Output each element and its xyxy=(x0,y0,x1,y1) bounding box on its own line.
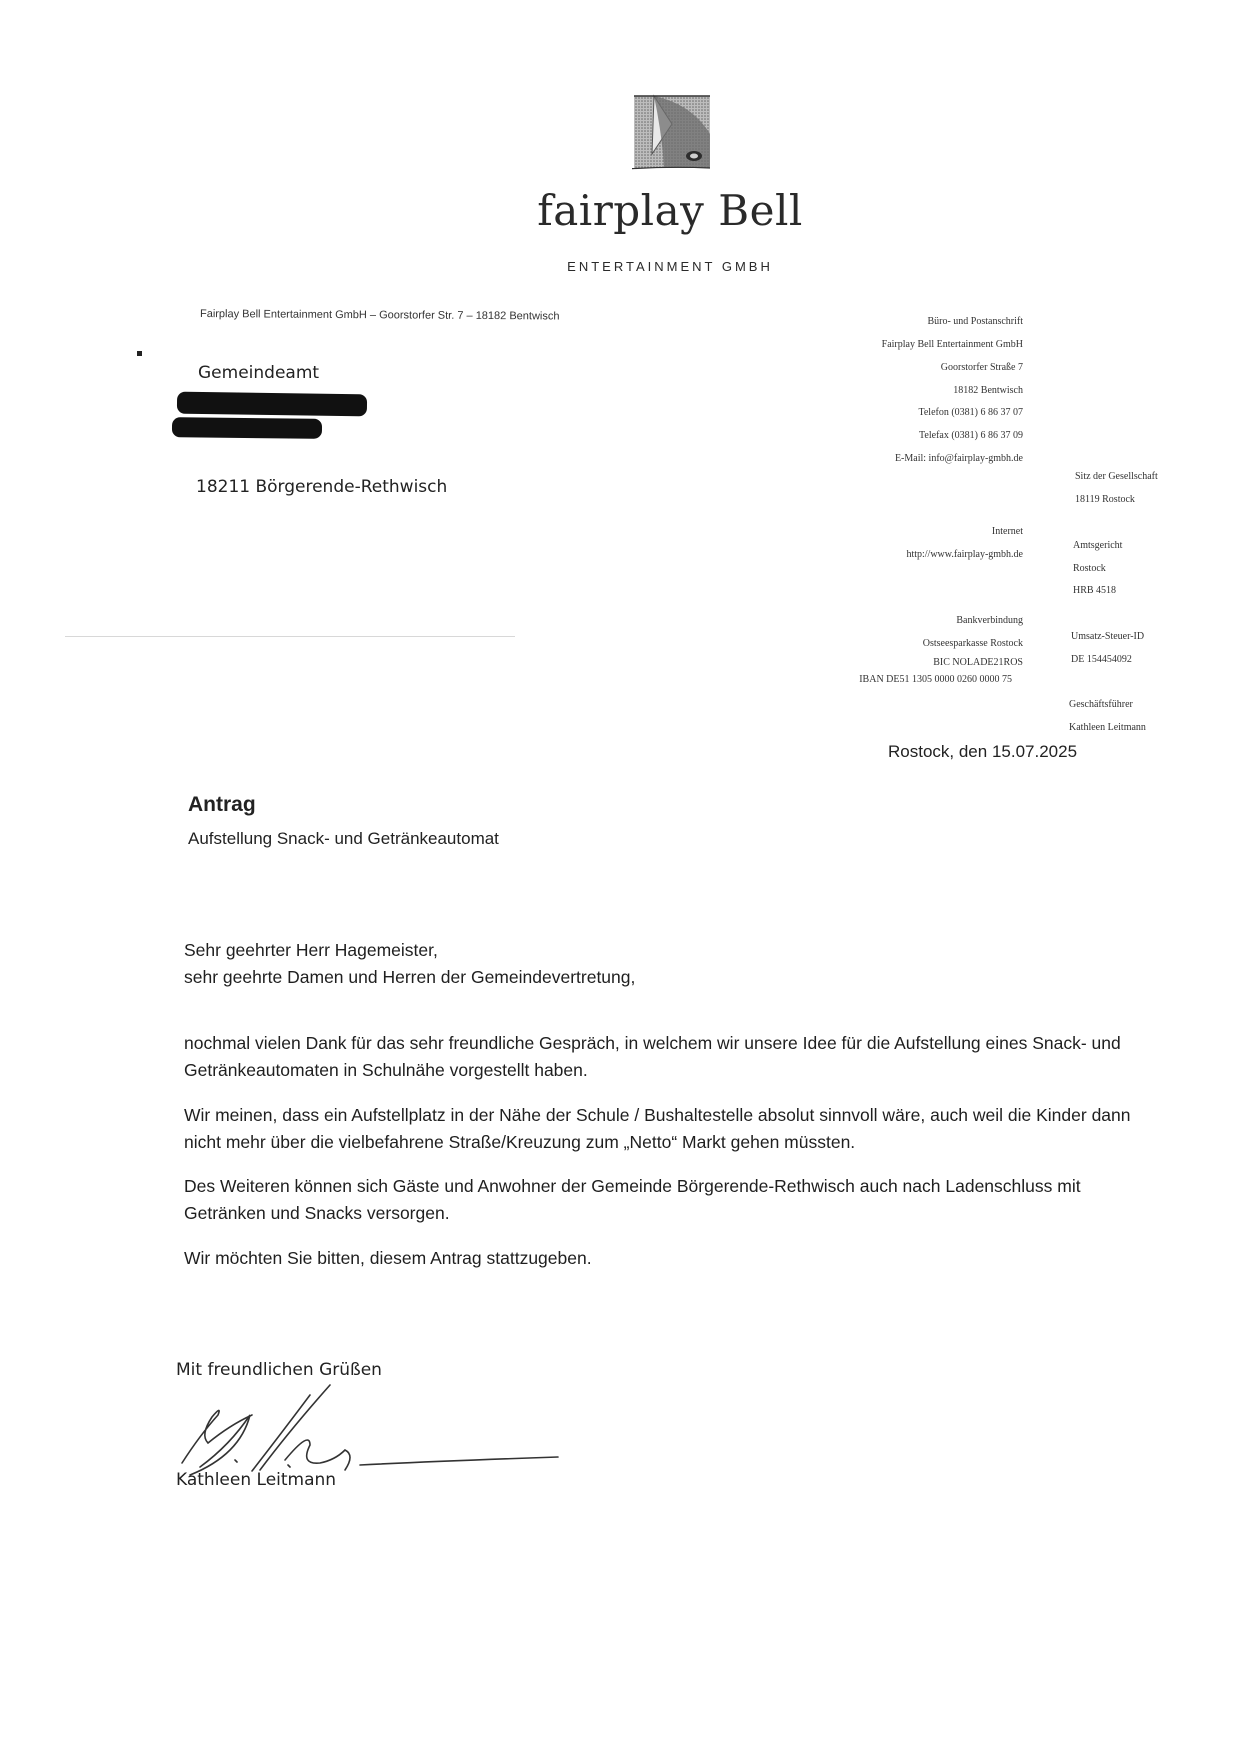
signer-name: Kathleen Leitmann xyxy=(176,1470,336,1490)
scan-artifact xyxy=(137,351,142,356)
recipient-name: Gemeindeamt xyxy=(198,363,319,383)
sender-street: Goorstorfer Straße 7 xyxy=(941,362,1023,373)
sender-website[interactable]: http://www.fairplay-gmbh.de xyxy=(906,549,1023,560)
brand-name: fairplay Bell xyxy=(520,186,820,235)
scan-artifact xyxy=(65,636,515,637)
seat-value: 18119 Rostock xyxy=(1075,494,1135,505)
seat-heading: Sitz der Gesellschaft xyxy=(1075,471,1158,482)
body-paragraph: Wir möchten Sie bitten, diesem Antrag st… xyxy=(184,1245,1164,1272)
sender-email[interactable]: E-Mail: info@fairplay-gmbh.de xyxy=(895,453,1023,464)
bank-heading: Bankverbindung xyxy=(956,615,1023,626)
vat-value: DE 154454092 xyxy=(1071,654,1132,665)
body-paragraph: Des Weiteren können sich Gäste und Anwoh… xyxy=(184,1173,1164,1227)
salutation-line: sehr geehrte Damen und Herren der Gemein… xyxy=(184,964,1164,991)
bank-bic: BIC NOLADE21ROS xyxy=(933,657,1023,668)
bank-iban: IBAN DE51 1305 0000 0260 0000 75 xyxy=(859,674,1012,685)
sender-phone: Telefon (0381) 6 86 37 07 xyxy=(918,407,1023,418)
recipient-city: 18211 Börgerende-Rethwisch xyxy=(196,477,447,497)
body-paragraph: Wir meinen, dass ein Aufstellplatz in de… xyxy=(184,1102,1164,1156)
body-paragraph: nochmal vielen Dank für das sehr freundl… xyxy=(184,1030,1164,1084)
handwritten-signature-icon xyxy=(160,1375,580,1485)
sender-fax: Telefax (0381) 6 86 37 09 xyxy=(919,430,1023,441)
date-line: Rostock, den 15.07.2025 xyxy=(888,742,1077,762)
vat-heading: Umsatz-Steuer-ID xyxy=(1071,631,1144,642)
subject-title: Antrag xyxy=(188,793,256,817)
ceo-heading: Geschäftsführer xyxy=(1069,699,1133,710)
court-heading: Amtsgericht xyxy=(1073,540,1122,551)
salutation: Sehr geehrter Herr Hagemeister, sehr gee… xyxy=(184,937,1164,991)
abstract-umbrella-logo-icon xyxy=(632,94,712,174)
redaction-bar xyxy=(172,417,322,439)
salutation-line: Sehr geehrter Herr Hagemeister, xyxy=(184,937,1164,964)
internet-heading: Internet xyxy=(992,526,1023,537)
brand-subtitle: ENTERTAINMENT GMBH xyxy=(520,259,820,274)
sender-company: Fairplay Bell Entertainment GmbH xyxy=(882,339,1023,350)
redaction-bar xyxy=(177,392,367,417)
bank-name: Ostseesparkasse Rostock xyxy=(923,638,1023,649)
hrb-value: HRB 4518 xyxy=(1073,585,1116,596)
subject-subtitle: Aufstellung Snack- und Getränkeautomat xyxy=(188,829,499,849)
court-value: Rostock xyxy=(1073,563,1106,574)
return-address: Fairplay Bell Entertainment GmbH – Goors… xyxy=(200,308,560,323)
sender-city: 18182 Bentwisch xyxy=(953,385,1023,396)
office-heading: Büro- und Postanschrift xyxy=(927,316,1023,327)
ceo-value: Kathleen Leitmann xyxy=(1069,722,1146,733)
